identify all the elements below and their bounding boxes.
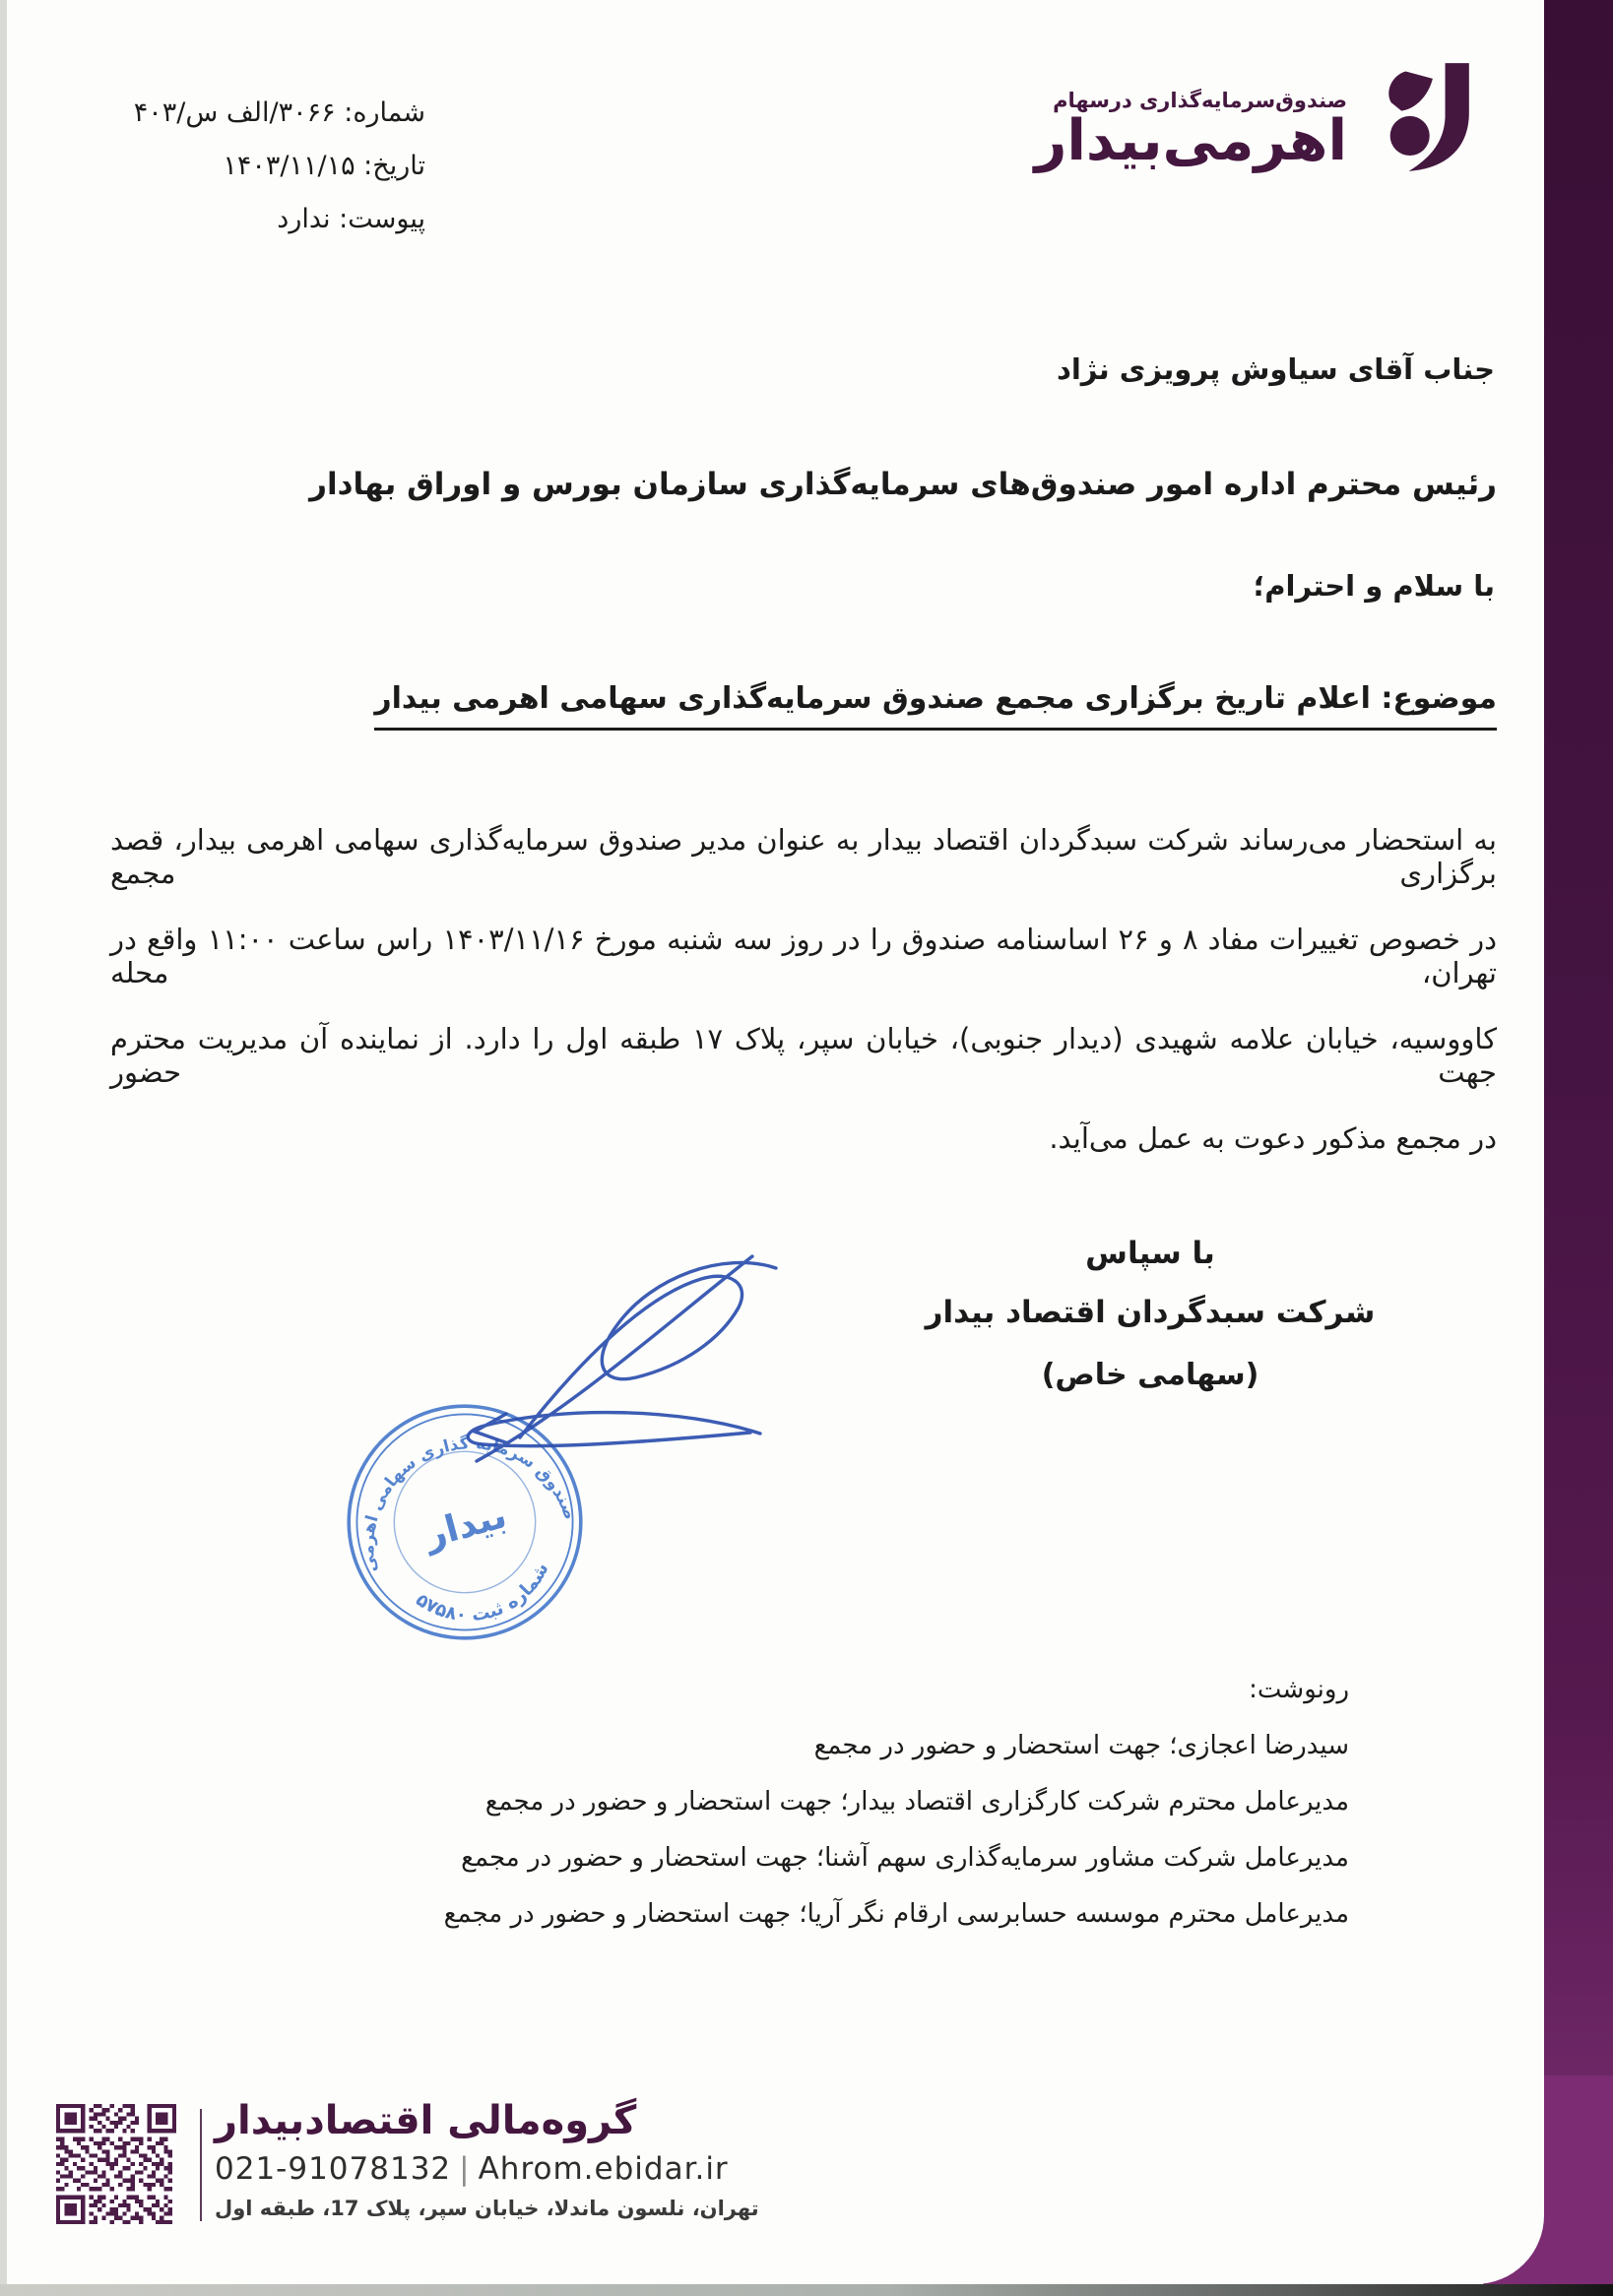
letter-meta: شماره: ۳۰۶۶/الف س/۴۰۳ تاریخ: ۱۴۰۳/۱۱/۱۵ … [71, 87, 425, 246]
letter-content: شماره: ۳۰۶۶/الف س/۴۰۳ تاریخ: ۱۴۰۳/۱۱/۱۵ … [0, 0, 1613, 2296]
brand-name: اهرمی‌بیدار [1035, 112, 1347, 169]
cc-section: رونوشت: سیدرضا اعجازی؛ جهت استحضار و حضو… [364, 1662, 1349, 1943]
body-line: در خصوص تغییرات مفاد ۸ و ۲۶ اساسنامه صند… [110, 923, 1497, 1022]
body-line: به استحضار می‌رساند شرکت سبدگردان اقتصاد… [110, 823, 1497, 923]
letter-date: تاریخ: ۱۴۰۳/۱۱/۱۵ [71, 140, 425, 193]
qr-code-icon [56, 2104, 176, 2224]
letter-attachment: پیوست: ندارد [71, 193, 425, 246]
letter-date-label: تاریخ: [363, 151, 425, 181]
cc-item: مدیرعامل شرکت مشاور سرمایه‌گذاری سهم آشن… [364, 1830, 1349, 1886]
footer-address: تهران، نلسون ماندلا، خیابان سپر، پلاک 17… [215, 2192, 766, 2225]
letter-number-value: ۳۰۶۶/الف س/۴۰۳ [134, 97, 336, 128]
recipient-title: رئیس محترم اداره امور صندوق‌های سرمایه‌گ… [309, 467, 1497, 502]
letterhead: صندوق‌سرمایه‌گذاری درسهام اهرمی‌بیدار [1035, 61, 1509, 175]
footer-phone: 021-91078132 [215, 2151, 451, 2187]
recipient-name: جناب آقای سیاوش پرویزی نژاد [1057, 352, 1495, 386]
signature-block: با سپاس شرکت سبدگردان اقتصاد بیدار (سهام… [687, 1236, 1613, 1392]
stamp-center-text: بیدار [419, 1494, 511, 1557]
body-line: کاووسیه، خیابان علامه شهیدی (دیدار جنوبی… [110, 1022, 1497, 1121]
footer-divider [200, 2109, 202, 2221]
footer-website: Ahrom.ebidar.ir [479, 2151, 729, 2187]
letter-number: شماره: ۳۰۶۶/الف س/۴۰۳ [71, 87, 425, 140]
letter-body: به استحضار می‌رساند شرکت سبدگردان اقتصاد… [110, 823, 1497, 1221]
closing-thanks: با سپاس [687, 1236, 1613, 1271]
signing-company: شرکت سبدگردان اقتصاد بیدار [687, 1295, 1613, 1330]
footer-text: گروه‌مالی اقتصادبیدار 021-91078132|Ahrom… [215, 2095, 766, 2225]
signing-company-type: (سهامی خاص) [687, 1358, 1613, 1392]
cc-title: رونوشت: [364, 1662, 1349, 1718]
cc-item: مدیرعامل محترم موسسه حسابرسی ارقام نگر آ… [364, 1886, 1349, 1943]
letter-date-value: ۱۴۰۳/۱۱/۱۵ [223, 151, 355, 181]
body-line: در مجمع مذکور دعوت به عمل می‌آید. [110, 1121, 1497, 1221]
scan-edge-bottom [0, 2284, 1613, 2296]
bidar-logo-icon [1361, 61, 1509, 175]
scan-edge-left [0, 0, 7, 2284]
cc-item: سیدرضا اعجازی؛ جهت استحضار و حضور در مجم… [364, 1718, 1349, 1774]
footer-contact: 021-91078132|Ahrom.ebidar.ir [215, 2146, 766, 2192]
handwritten-signature [423, 1248, 807, 1480]
cc-item: مدیرعامل محترم شرکت کارگزاری اقتصاد بیدا… [364, 1774, 1349, 1830]
letter-attachment-value: ندارد [277, 204, 330, 234]
letter-attachment-label: پیوست: [339, 204, 425, 234]
salutation: با سلام و احترام؛ [1254, 569, 1495, 603]
footer-separator: | [451, 2151, 478, 2187]
brand-wordmark: صندوق‌سرمایه‌گذاری درسهام اهرمی‌بیدار [1035, 61, 1347, 169]
scanned-letter-page: شماره: ۳۰۶۶/الف س/۴۰۳ تاریخ: ۱۴۰۳/۱۱/۱۵ … [0, 0, 1613, 2296]
footer-brand: گروه‌مالی اقتصادبیدار [215, 2095, 766, 2146]
letter-number-label: شماره: [344, 97, 425, 128]
subject-line: موضوع: اعلام تاریخ برگزاری مجمع صندوق سر… [374, 681, 1497, 731]
